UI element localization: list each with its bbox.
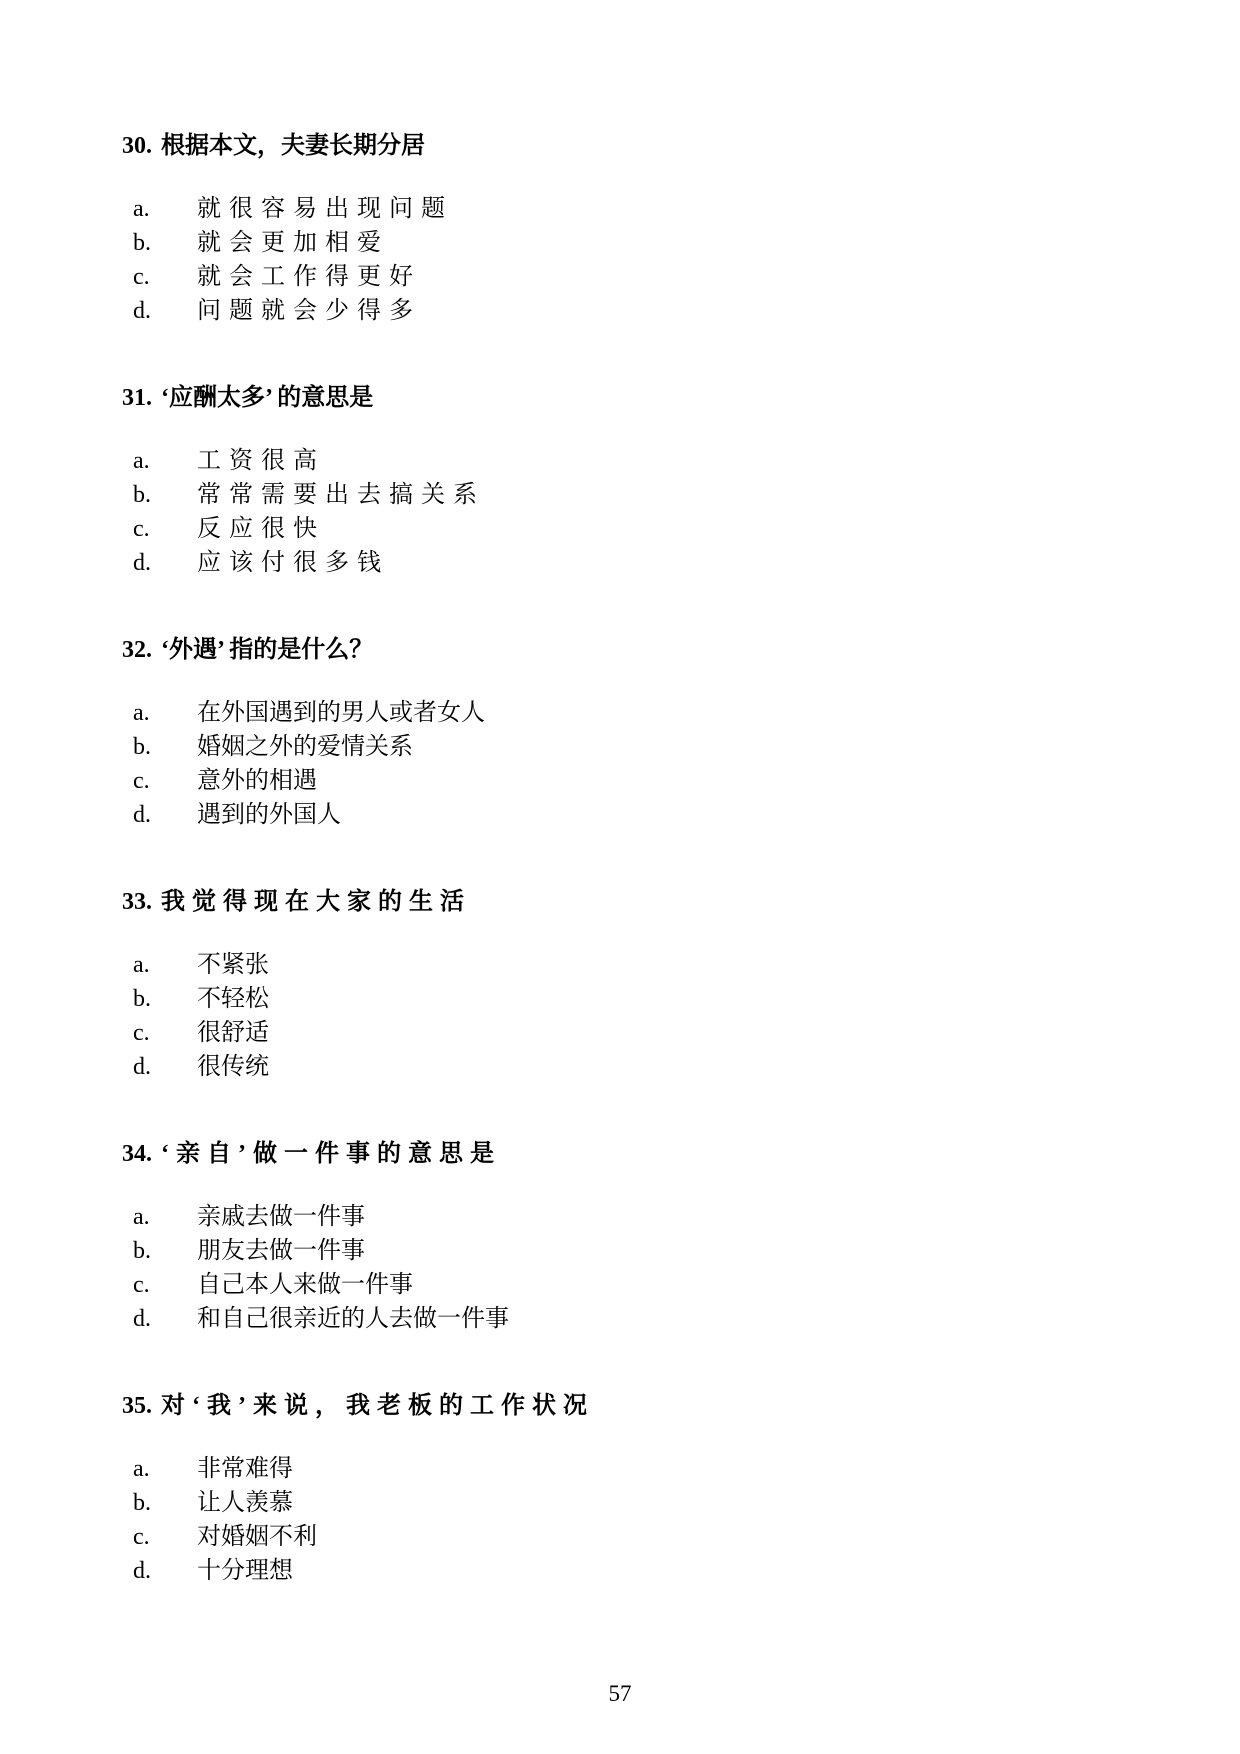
option-row: c.自己本人来做一件事 [122,1268,1170,1302]
option-letter: b. [133,730,197,764]
question-block-31: 31.‘应酬太多’ 的意思是 a.工资很高 b.常常需要出去搞关系 c.反应很快… [122,382,1170,580]
option-letter: d. [133,1302,197,1336]
option-letter: c. [133,1016,197,1050]
option-row: a.亲戚去做一件事 [122,1200,1170,1234]
option-letter: c. [133,1268,197,1302]
option-row: b.朋友去做一件事 [122,1234,1170,1268]
option-row: c.反应很快 [122,512,1170,546]
option-text: 意外的相遇 [197,768,317,794]
question-number: 30. [122,130,152,162]
option-row: d.很传统 [122,1050,1170,1084]
option-letter: c. [133,512,197,546]
options-list: a.在外国遇到的男人或者女人 b.婚姻之外的爱情关系 c.意外的相遇 d.遇到的… [122,696,1170,832]
option-text: 自己本人来做一件事 [197,1272,413,1298]
option-text: 婚姻之外的爱情关系 [197,734,413,760]
option-letter: d. [133,1050,197,1084]
option-letter: a. [133,192,197,226]
option-text: 应该付很多钱 [197,550,389,576]
option-text: 反应很快 [197,516,325,542]
option-row: d.十分理想 [122,1554,1170,1588]
question-text: ‘应酬太多’ 的意思是 [161,385,373,411]
option-letter: a. [133,1200,197,1234]
option-text: 在外国遇到的男人或者女人 [197,700,485,726]
option-row: d.问题就会少得多 [122,294,1170,328]
option-letter: a. [133,1452,197,1486]
question-number: 33. [122,886,152,918]
document-page: 30.根据本文，夫妻长期分居 a.就很容易出现问题 b.就会更加相爱 c.就会工… [0,0,1240,1754]
option-row: c.对婚姻不利 [122,1520,1170,1554]
question-block-33: 33.我觉得现在大家的生活 a.不紧张 b.不轻松 c.很舒适 d.很传统 [122,886,1170,1084]
option-row: a.不紧张 [122,948,1170,982]
question-block-30: 30.根据本文，夫妻长期分居 a.就很容易出现问题 b.就会更加相爱 c.就会工… [122,130,1170,328]
question-title: 34.‘亲自’做一件事的意思是 [122,1138,1170,1170]
question-number: 31. [122,382,152,414]
option-row: a.非常难得 [122,1452,1170,1486]
option-letter: d. [133,798,197,832]
question-text: 我觉得现在大家的生活 [161,889,471,915]
option-row: b.让人羡慕 [122,1486,1170,1520]
options-list: a.就很容易出现问题 b.就会更加相爱 c.就会工作得更好 d.问题就会少得多 [122,192,1170,328]
option-text: 问题就会少得多 [197,298,421,324]
option-text: 和自己很亲近的人去做一件事 [197,1306,509,1332]
option-letter: b. [133,1234,197,1268]
question-text: 对‘我’来说，我老板的工作状况 [161,1393,594,1419]
option-letter: c. [133,1520,197,1554]
option-text: 亲戚去做一件事 [197,1204,365,1230]
question-title: 35.对‘我’来说，我老板的工作状况 [122,1390,1170,1422]
option-row: b.就会更加相爱 [122,226,1170,260]
question-title: 32.‘外遇’ 指的是什么？ [122,634,1170,666]
option-row: a.工资很高 [122,444,1170,478]
question-title: 33.我觉得现在大家的生活 [122,886,1170,918]
question-text: ‘亲自’做一件事的意思是 [161,1141,501,1167]
question-number: 34. [122,1138,152,1170]
question-number: 32. [122,634,152,666]
option-text: 让人羡慕 [197,1490,293,1516]
question-title: 31.‘应酬太多’ 的意思是 [122,382,1170,414]
option-letter: b. [133,226,197,260]
option-text: 朋友去做一件事 [197,1238,365,1264]
option-text: 不紧张 [197,952,269,978]
option-text: 非常难得 [197,1456,293,1482]
option-row: c.意外的相遇 [122,764,1170,798]
option-text: 不轻松 [197,986,269,1012]
option-row: a.就很容易出现问题 [122,192,1170,226]
question-block-34: 34.‘亲自’做一件事的意思是 a.亲戚去做一件事 b.朋友去做一件事 c.自己… [122,1138,1170,1336]
option-letter: b. [133,478,197,512]
options-list: a.亲戚去做一件事 b.朋友去做一件事 c.自己本人来做一件事 d.和自己很亲近… [122,1200,1170,1336]
option-row: b.不轻松 [122,982,1170,1016]
option-row: a.在外国遇到的男人或者女人 [122,696,1170,730]
option-row: b.婚姻之外的爱情关系 [122,730,1170,764]
option-row: d.和自己很亲近的人去做一件事 [122,1302,1170,1336]
page-number: 57 [0,1680,1240,1708]
question-text: ‘外遇’ 指的是什么？ [161,637,373,663]
option-letter: b. [133,982,197,1016]
option-letter: d. [133,294,197,328]
option-letter: a. [133,444,197,478]
option-text: 对婚姻不利 [197,1524,317,1550]
options-list: a.不紧张 b.不轻松 c.很舒适 d.很传统 [122,948,1170,1084]
option-row: c.很舒适 [122,1016,1170,1050]
question-block-35: 35.对‘我’来说，我老板的工作状况 a.非常难得 b.让人羡慕 c.对婚姻不利… [122,1390,1170,1588]
option-text: 就会更加相爱 [197,230,389,256]
question-number: 35. [122,1390,152,1422]
option-letter: b. [133,1486,197,1520]
option-text: 就会工作得更好 [197,264,421,290]
question-text: 根据本文，夫妻长期分居 [161,133,425,159]
option-text: 遇到的外国人 [197,802,341,828]
options-list: a.非常难得 b.让人羡慕 c.对婚姻不利 d.十分理想 [122,1452,1170,1588]
option-letter: d. [133,546,197,580]
option-row: c.就会工作得更好 [122,260,1170,294]
options-list: a.工资很高 b.常常需要出去搞关系 c.反应很快 d.应该付很多钱 [122,444,1170,580]
option-row: d.应该付很多钱 [122,546,1170,580]
option-letter: c. [133,764,197,798]
option-row: b.常常需要出去搞关系 [122,478,1170,512]
option-text: 就很容易出现问题 [197,196,453,222]
option-letter: a. [133,696,197,730]
option-text: 常常需要出去搞关系 [197,482,485,508]
option-text: 十分理想 [197,1558,293,1584]
option-letter: a. [133,948,197,982]
option-text: 工资很高 [197,448,325,474]
question-block-32: 32.‘外遇’ 指的是什么？ a.在外国遇到的男人或者女人 b.婚姻之外的爱情关… [122,634,1170,832]
option-letter: c. [133,260,197,294]
option-text: 很舒适 [197,1020,269,1046]
option-row: d.遇到的外国人 [122,798,1170,832]
question-title: 30.根据本文，夫妻长期分居 [122,130,1170,162]
option-text: 很传统 [197,1054,269,1080]
option-letter: d. [133,1554,197,1588]
